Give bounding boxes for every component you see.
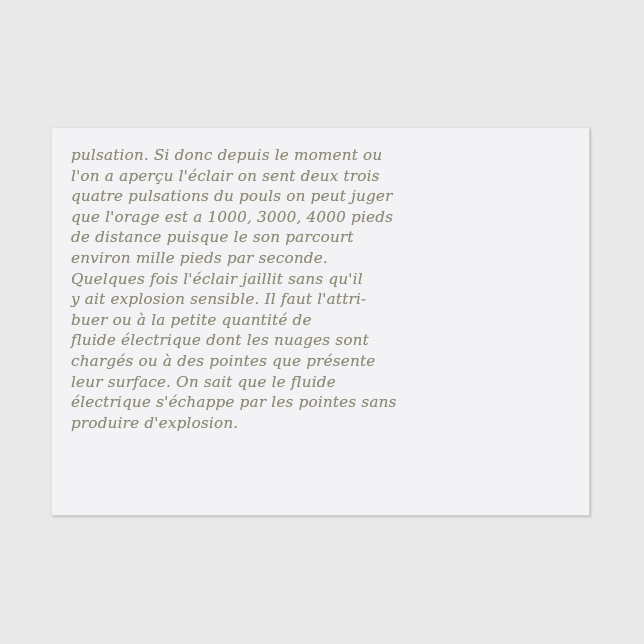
manuscript-line: buer ou à la petite quantité de [71, 310, 581, 331]
manuscript-line: Quelques fois l'éclair jaillit sans qu'i… [71, 269, 581, 290]
manuscript-line: leur surface. On sait que le fluide [71, 372, 581, 393]
manuscript-line: de distance puisque le son parcourt [71, 227, 581, 248]
manuscript-line: que l'orage est a 1000, 3000, 4000 pieds [71, 207, 581, 228]
manuscript-line: fluide électrique dont les nuages sont [71, 330, 581, 351]
manuscript-line: quatre pulsations du pouls on peut juger [71, 186, 581, 207]
manuscript-line: chargés ou à des pointes que présente [71, 351, 581, 372]
manuscript-line: l'on a aperçu l'éclair on sent deux troi… [71, 166, 581, 187]
manuscript-text: pulsation. Si donc depuis le moment ou l… [71, 145, 581, 433]
manuscript-line: électrique s'échappe par les pointes san… [71, 392, 581, 413]
manuscript-line: produire d'explosion. [71, 413, 581, 434]
manuscript-line: y ait explosion sensible. Il faut l'attr… [71, 289, 581, 310]
manuscript-page: pulsation. Si donc depuis le moment ou l… [52, 128, 590, 516]
manuscript-line: environ mille pieds par seconde. [71, 248, 581, 269]
manuscript-line: pulsation. Si donc depuis le moment ou [71, 145, 581, 166]
